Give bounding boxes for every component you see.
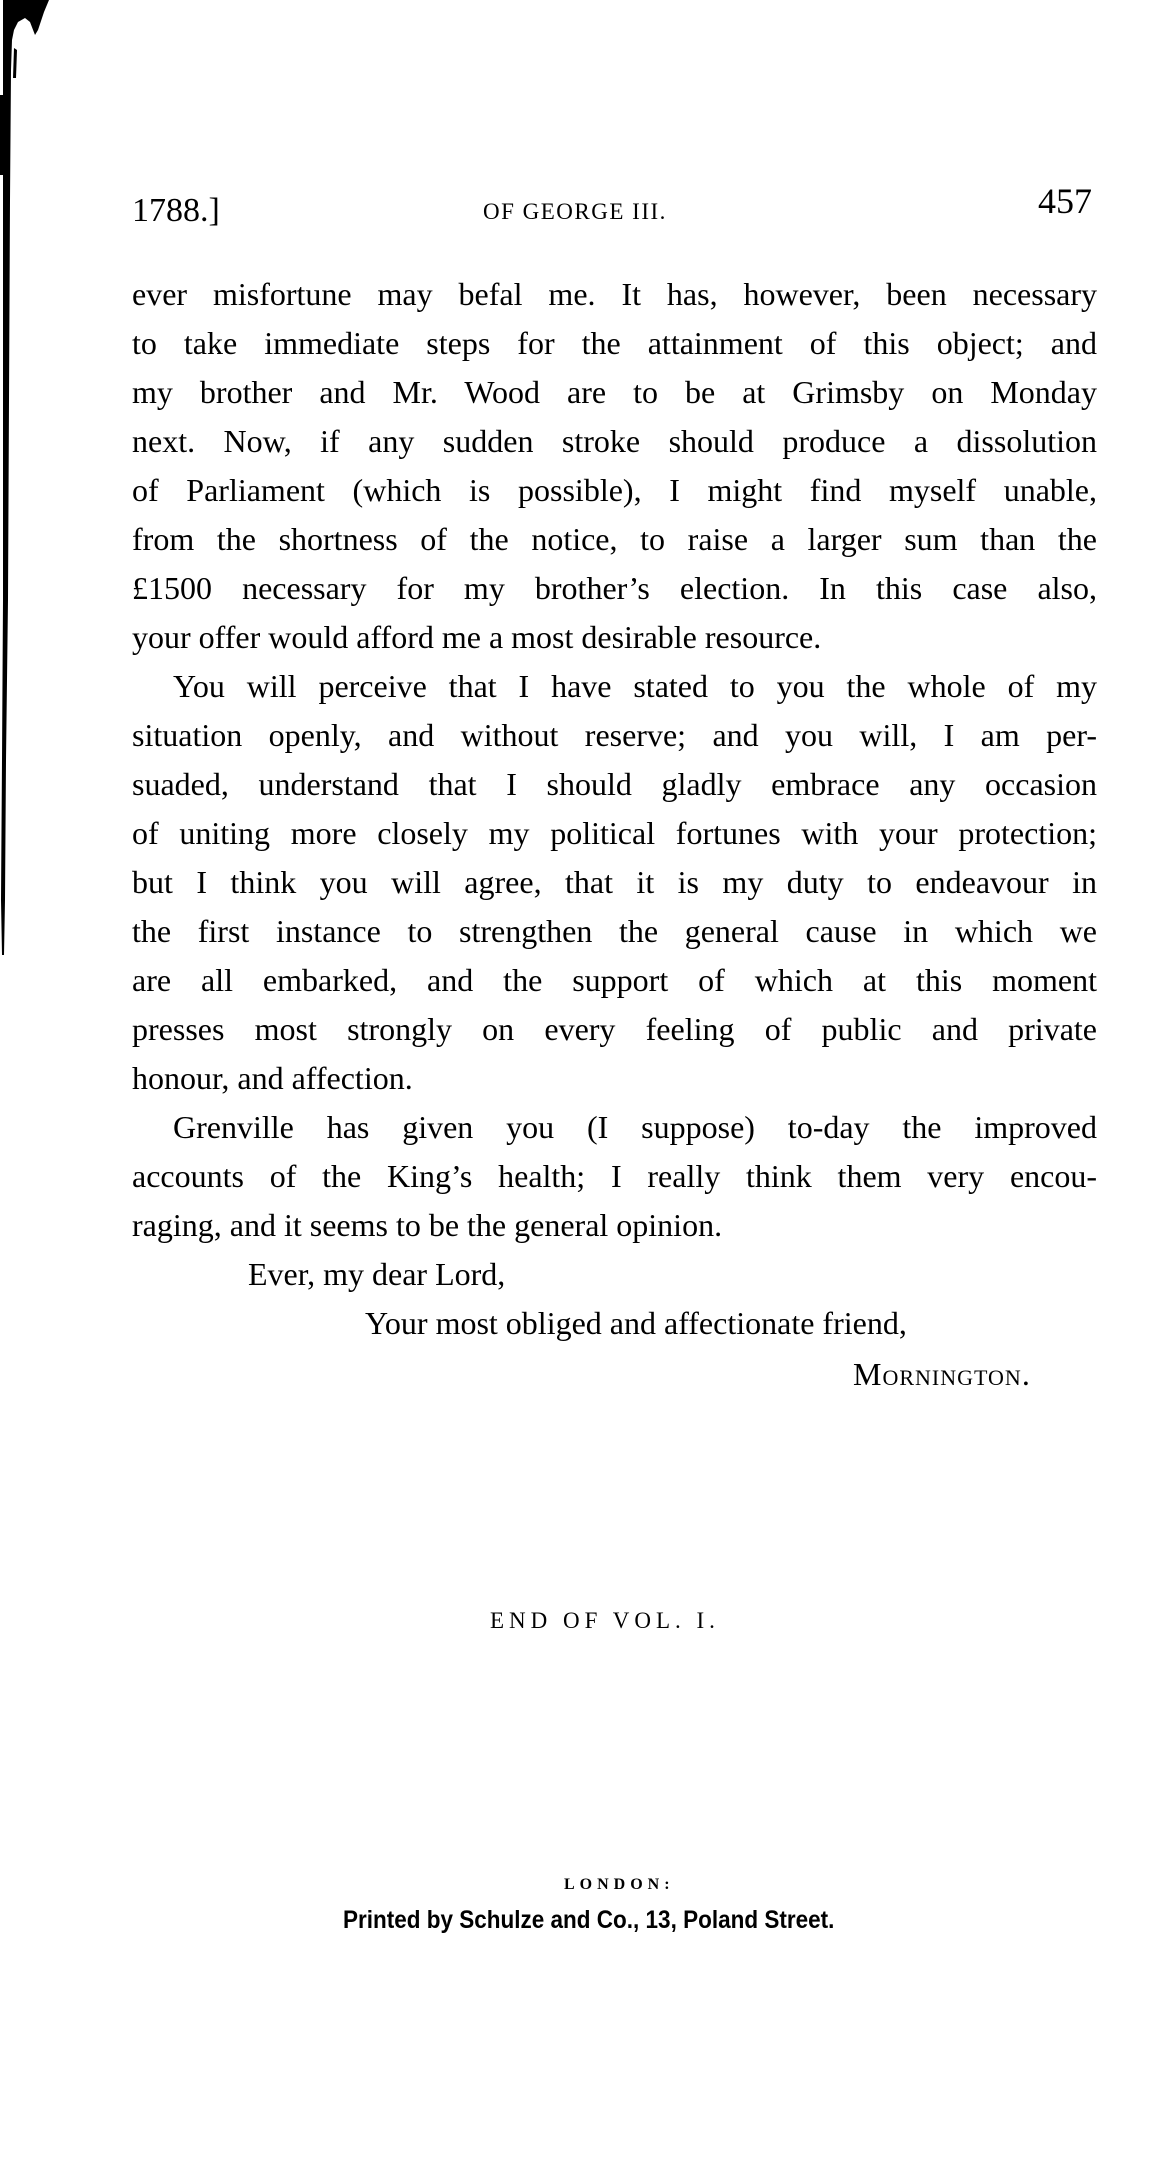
body-line: your offer would afford me a most desira…: [132, 613, 1097, 662]
body-line: of Parliament (which is possible), I mig…: [132, 466, 1097, 515]
paragraph-start-line: You will perceive that I have stated to …: [173, 662, 1097, 711]
body-line: presses most strongly on every feeling o…: [132, 1005, 1097, 1054]
valediction: Your most obliged and affectionate frien…: [365, 1299, 907, 1348]
body-line: my brother and Mr. Wood are to be at Gri…: [132, 368, 1097, 417]
body-line: accounts of the King’s health; I really …: [132, 1152, 1097, 1201]
body-line: the first instance to strengthen the gen…: [132, 907, 1097, 956]
body-line: £1500 necessary for my brother’s electio…: [132, 564, 1097, 613]
body-line: from the shortness of the notice, to rai…: [132, 515, 1097, 564]
body-line: suaded, understand that I should gladly …: [132, 760, 1097, 809]
signature: Mornington.: [853, 1350, 1031, 1399]
printer-imprint: Printed by Schulze and Co., 13, Poland S…: [343, 1906, 834, 1935]
body-line: raging, and it seems to be the general o…: [132, 1201, 1097, 1250]
body-line: but I think you will agree, that it is m…: [132, 858, 1097, 907]
header-year: 1788.]: [132, 192, 220, 230]
page-number: 457: [1038, 180, 1092, 222]
body-line: situation openly, and without reserve; a…: [132, 711, 1097, 760]
running-title: OF GEORGE III.: [483, 199, 667, 225]
body-line: of uniting more closely my political for…: [132, 809, 1097, 858]
body-line: are all embarked, and the support of whi…: [132, 956, 1097, 1005]
body-line: next. Now, if any sudden stroke should p…: [132, 417, 1097, 466]
body-line: honour, and affection.: [132, 1054, 1097, 1103]
scan-edge-artifact: [0, 0, 60, 960]
end-of-volume: END OF VOL. I.: [490, 1608, 720, 1634]
body-line: to take immediate steps for the attainme…: [132, 319, 1097, 368]
body-line: ever misfortune may befal me. It has, ho…: [132, 270, 1097, 319]
salutation: Ever, my dear Lord,: [248, 1250, 505, 1299]
paragraph-start-line: Grenville has given you (I suppose) to-d…: [173, 1103, 1097, 1152]
imprint-place: LONDON:: [564, 1876, 675, 1894]
